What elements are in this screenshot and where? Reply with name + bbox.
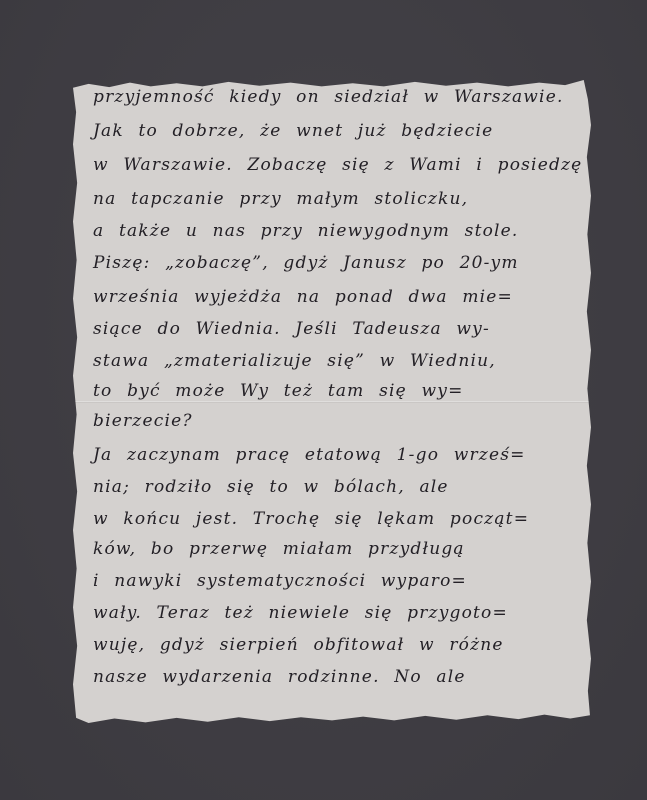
letter-line: na tapczanie przy małym stoliczku, <box>93 188 583 210</box>
letter-paper-sheet: przyjemność kiedy on siedział w Warszawi… <box>73 80 591 723</box>
handwritten-letter-text: przyjemność kiedy on siedział w Warszawi… <box>73 80 591 723</box>
letter-line: w końcu jest. Trochę się lękam począt= <box>93 508 583 530</box>
letter-line: w Warszawie. Zobaczę się z Wami i posied… <box>93 154 583 176</box>
letter-line: i nawyki systematyczności wyparo= <box>93 570 583 592</box>
letter-line: to być może Wy też tam się wy= <box>93 380 583 402</box>
letter-line: nia; rodziło się to w bólach, ale <box>93 476 583 498</box>
letter-line: wały. Teraz też niewiele się przygoto= <box>93 602 583 624</box>
letter-line: stawa „zmaterializuje się” w Wiedniu, <box>93 350 583 372</box>
letter-line: Jak to dobrze, że wnet już będziecie <box>93 120 583 142</box>
letter-line: Piszę: „zobaczę”, gdyż Janusz po 20-ym <box>93 252 583 274</box>
letter-line: nasze wydarzenia rodzinne. No ale <box>93 666 583 688</box>
letter-line: wuję, gdyż sierpień obfitował w różne <box>93 634 583 656</box>
letter-line: ków, bo przerwę miałam przydługą <box>93 538 583 560</box>
letter-line: bierzecie? <box>93 410 583 432</box>
letter-line: przyjemność kiedy on siedział w Warszawi… <box>93 86 583 108</box>
letter-line: Ja zaczynam pracę etatową 1-go wrześ= <box>93 444 583 466</box>
letter-line: a także u nas przy niewygodnym stole. <box>93 220 583 242</box>
letter-line: siące do Wiednia. Jeśli Tadeusza wy- <box>93 318 583 340</box>
letter-line: września wyjeżdża na ponad dwa mie= <box>93 286 583 308</box>
